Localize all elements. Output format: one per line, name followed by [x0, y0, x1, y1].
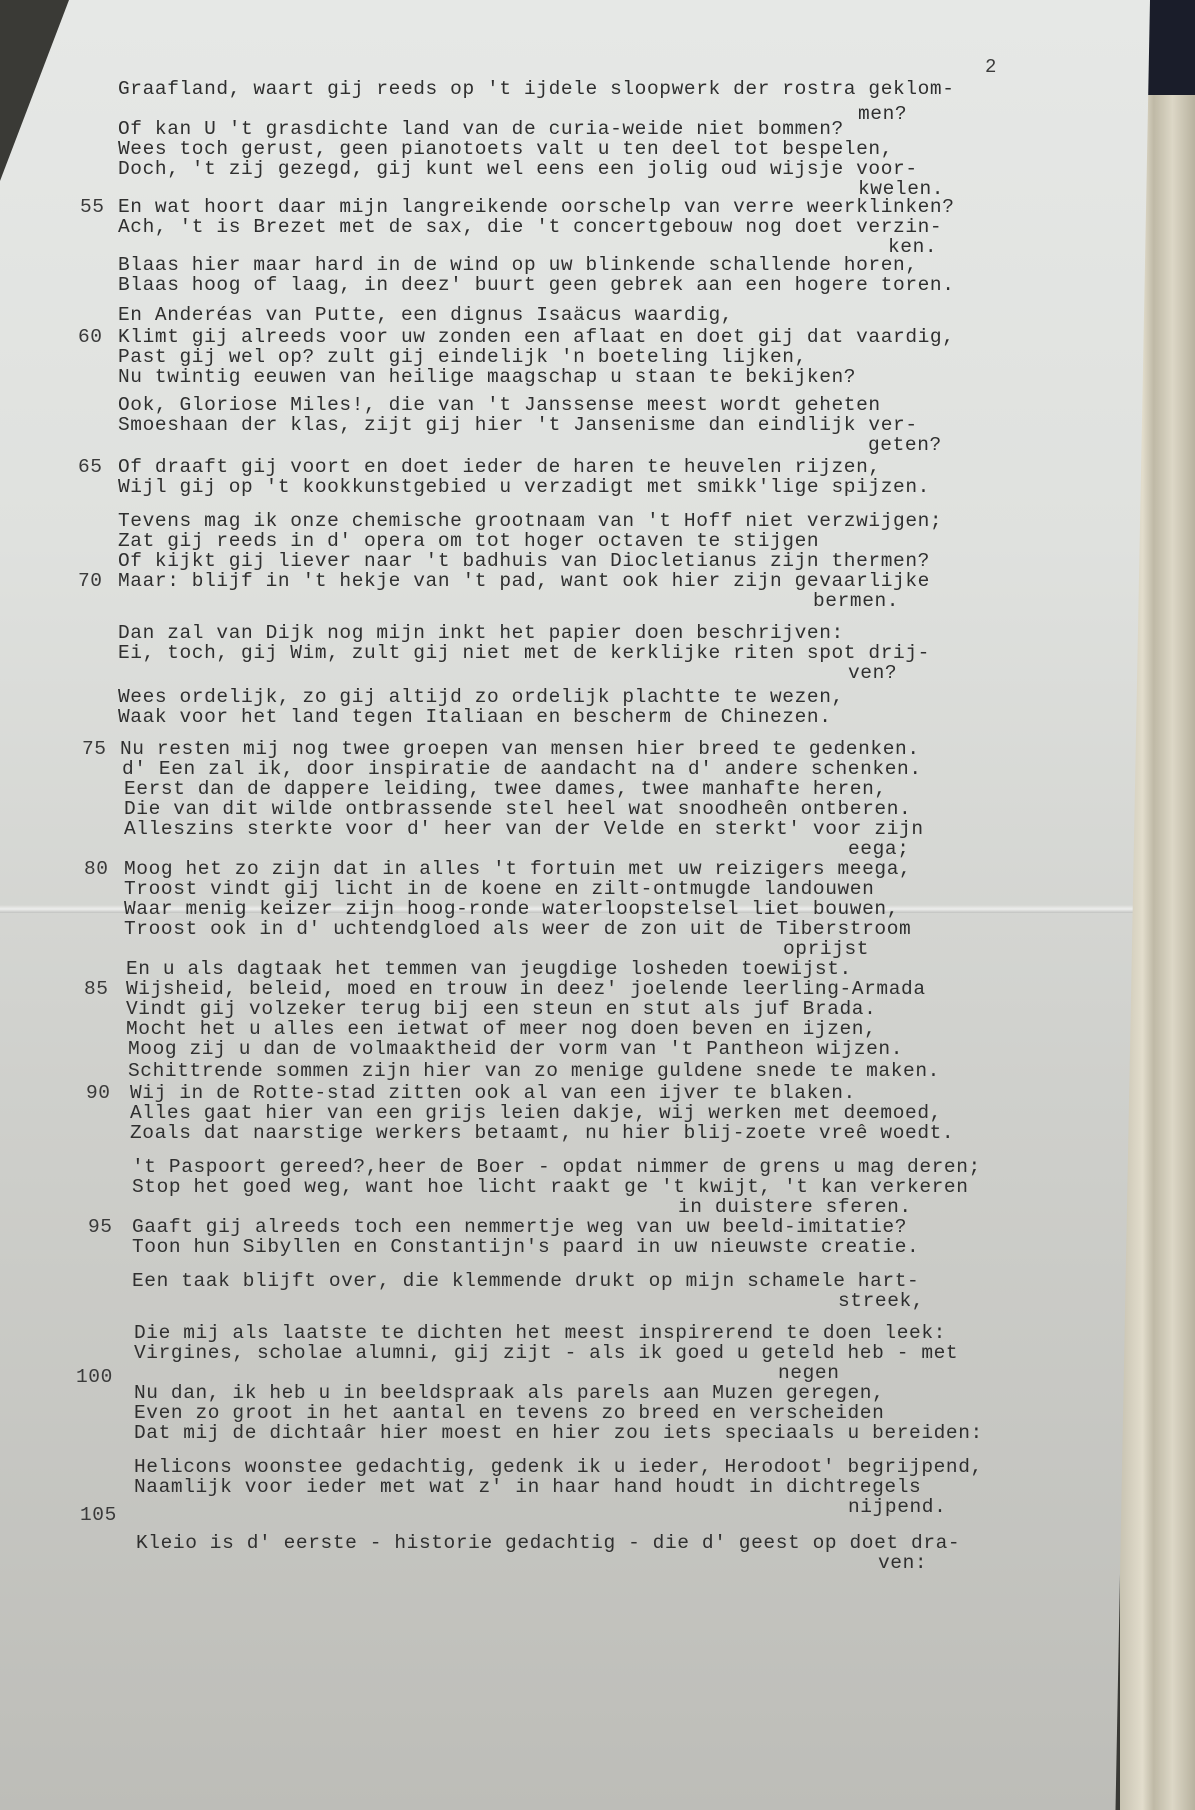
- text-line: Die mij als laatste te dichten het meest…: [134, 1322, 946, 1344]
- text-line: geten?: [868, 434, 942, 456]
- text-line: Ei, toch, gij Wim, zult gij niet met de …: [118, 642, 930, 664]
- text-line: En u als dagtaak het temmen van jeugdige…: [126, 958, 852, 980]
- text-line: Dan zal van Dijk nog mijn inkt het papie…: [118, 622, 844, 644]
- text-line: Een taak blijft over, die klemmende druk…: [132, 1270, 919, 1292]
- text-line: Of kan U 't grasdichte land van de curia…: [118, 118, 844, 140]
- line-number: 80: [84, 858, 109, 880]
- text-line: Helicons woonstee gedachtig, gedenk ik u…: [134, 1456, 983, 1478]
- text-line: Ach, 't is Brezet met de sax, die 't con…: [118, 216, 942, 238]
- line-number: 105: [80, 1504, 117, 1526]
- text-line: Ook, Gloriose Miles!, die van 't Janssen…: [118, 394, 881, 416]
- text-line: Tevens mag ik onze chemische grootnaam v…: [118, 510, 942, 532]
- text-line: Nu resten mij nog twee groepen van mense…: [120, 738, 920, 760]
- text-line: Eerst dan de dappere leiding, twee dames…: [124, 778, 887, 800]
- text-line: Toon hun Sibyllen en Constantijn's paard…: [132, 1236, 919, 1258]
- text-line: Zoals dat naarstige werkers betaamt, nu …: [130, 1122, 954, 1144]
- text-line: Of kijkt gij liever naar 't badhuis van …: [118, 550, 930, 572]
- line-number: 60: [78, 326, 103, 348]
- text-line: Doch, 't zij gezegd, gij kunt wel eens e…: [118, 158, 918, 180]
- text-line: Waak voor het land tegen Italiaan en bes…: [118, 706, 832, 728]
- text-line: Kleio is d' eerste - historie gedachtig …: [136, 1532, 960, 1554]
- text-line: Even zo groot in het aantal en tevens zo…: [134, 1402, 884, 1424]
- text-line: Graafland, waart gij reeds op 't ijdele …: [118, 78, 955, 100]
- text-line: men?: [858, 103, 907, 125]
- text-line: ven?: [848, 662, 897, 684]
- text-line: Past gij wel op? zult gij eindelijk 'n b…: [118, 346, 807, 368]
- text-line: Klimt gij alreeds voor uw zonden een afl…: [118, 326, 955, 348]
- text-line: bermen.: [813, 590, 899, 612]
- text-line: Moog zij u dan de volmaaktheid der vorm …: [128, 1038, 903, 1060]
- text-line: Blaas hoog of laag, in deez' buurt geen …: [118, 274, 955, 296]
- text-line: Stop het goed weg, want hoe licht raakt …: [132, 1176, 969, 1198]
- text-line: Naamlijk voor ieder met wat z' in haar h…: [134, 1476, 921, 1498]
- text-line: En wat hoort daar mijn langreikende oors…: [118, 196, 955, 218]
- text-line: Troost ook in d' uchtendgloed als weer d…: [124, 918, 911, 940]
- text-line: Blaas hier maar hard in de wind op uw bl…: [118, 254, 918, 276]
- line-number: 100: [76, 1366, 113, 1388]
- text-line: in duistere sferen.: [678, 1196, 912, 1218]
- text-line: 't Paspoort gereed?,heer de Boer - opdat…: [132, 1156, 981, 1178]
- text-line: Maar: blijf in 't hekje van 't pad, want…: [118, 570, 930, 592]
- text-line: Alles gaat hier van een grijs leien dakj…: [130, 1102, 942, 1124]
- text-line: Alleszins sterkte voor d' heer van der V…: [124, 818, 924, 840]
- page-number: 2: [985, 56, 996, 78]
- text-line: Dat mij de dichtaâr hier moest en hier z…: [134, 1422, 983, 1444]
- text-line: Of draaft gij voort en doet ieder de har…: [118, 456, 881, 478]
- text-line: streek,: [838, 1290, 924, 1312]
- line-number: 95: [88, 1216, 113, 1238]
- text-line: Wijl gij op 't kookkunstgebied u verzadi…: [118, 476, 930, 498]
- line-number: 65: [78, 456, 103, 478]
- line-number: 75: [82, 738, 107, 760]
- text-line: Gaaft gij alreeds toch een nemmertje weg…: [132, 1216, 907, 1238]
- text-line: Wees toch gerust, geen pianotoets valt u…: [118, 138, 893, 160]
- text-line: Vindt gij volzeker terug bij een steun e…: [126, 998, 876, 1020]
- text-line: Nu twintig eeuwen van heilige maagschap …: [118, 366, 856, 388]
- text-line: Troost vindt gij licht in de koene en zi…: [124, 878, 874, 900]
- text-line: oprijst: [783, 938, 869, 960]
- text-line: eega;: [848, 838, 910, 860]
- text-line: ven:: [878, 1552, 927, 1574]
- text-line: Wij in de Rotte-stad zitten ook al van e…: [130, 1082, 856, 1104]
- text-line: d' Een zal ik, door inspiratie de aandac…: [122, 758, 922, 780]
- text-line: Schittrende sommen zijn hier van zo meni…: [128, 1060, 940, 1082]
- text-line: Wijsheid, beleid, moed en trouw in deez'…: [126, 978, 926, 1000]
- text-line: Die van dit wilde ontbrassende stel heel…: [124, 798, 911, 820]
- text-line: En Anderéas van Putte, een dignus Isaäcu…: [118, 304, 733, 326]
- line-number: 90: [86, 1082, 111, 1104]
- text-line: Wees ordelijk, zo gij altijd zo ordelijk…: [118, 686, 844, 708]
- text-line: negen: [778, 1362, 840, 1384]
- text-line: Zat gij reeds in d' opera om tot hoger o…: [118, 530, 819, 552]
- text-line: Mocht het u alles een ietwat of meer nog…: [126, 1018, 876, 1040]
- text-line: Smoeshaan der klas, zijt gij hier 't Jan…: [118, 414, 918, 436]
- text-line: Nu dan, ik heb u in beeldspraak als pare…: [134, 1382, 884, 1404]
- text-line: Virgines, scholae alumni, gij zijt - als…: [134, 1342, 958, 1364]
- line-number: 85: [84, 978, 109, 1000]
- text-line: Moog het zo zijn dat in alles 't fortuin…: [124, 858, 911, 880]
- text-line: nijpend.: [848, 1496, 946, 1518]
- line-number: 55: [80, 196, 105, 218]
- line-number: 70: [78, 570, 103, 592]
- text-line: Waar menig keizer zijn hoog-ronde waterl…: [124, 898, 899, 920]
- typewritten-page: 2 55 60 65 70 75 80 85 90 95 100 105 Gra…: [0, 0, 1150, 1810]
